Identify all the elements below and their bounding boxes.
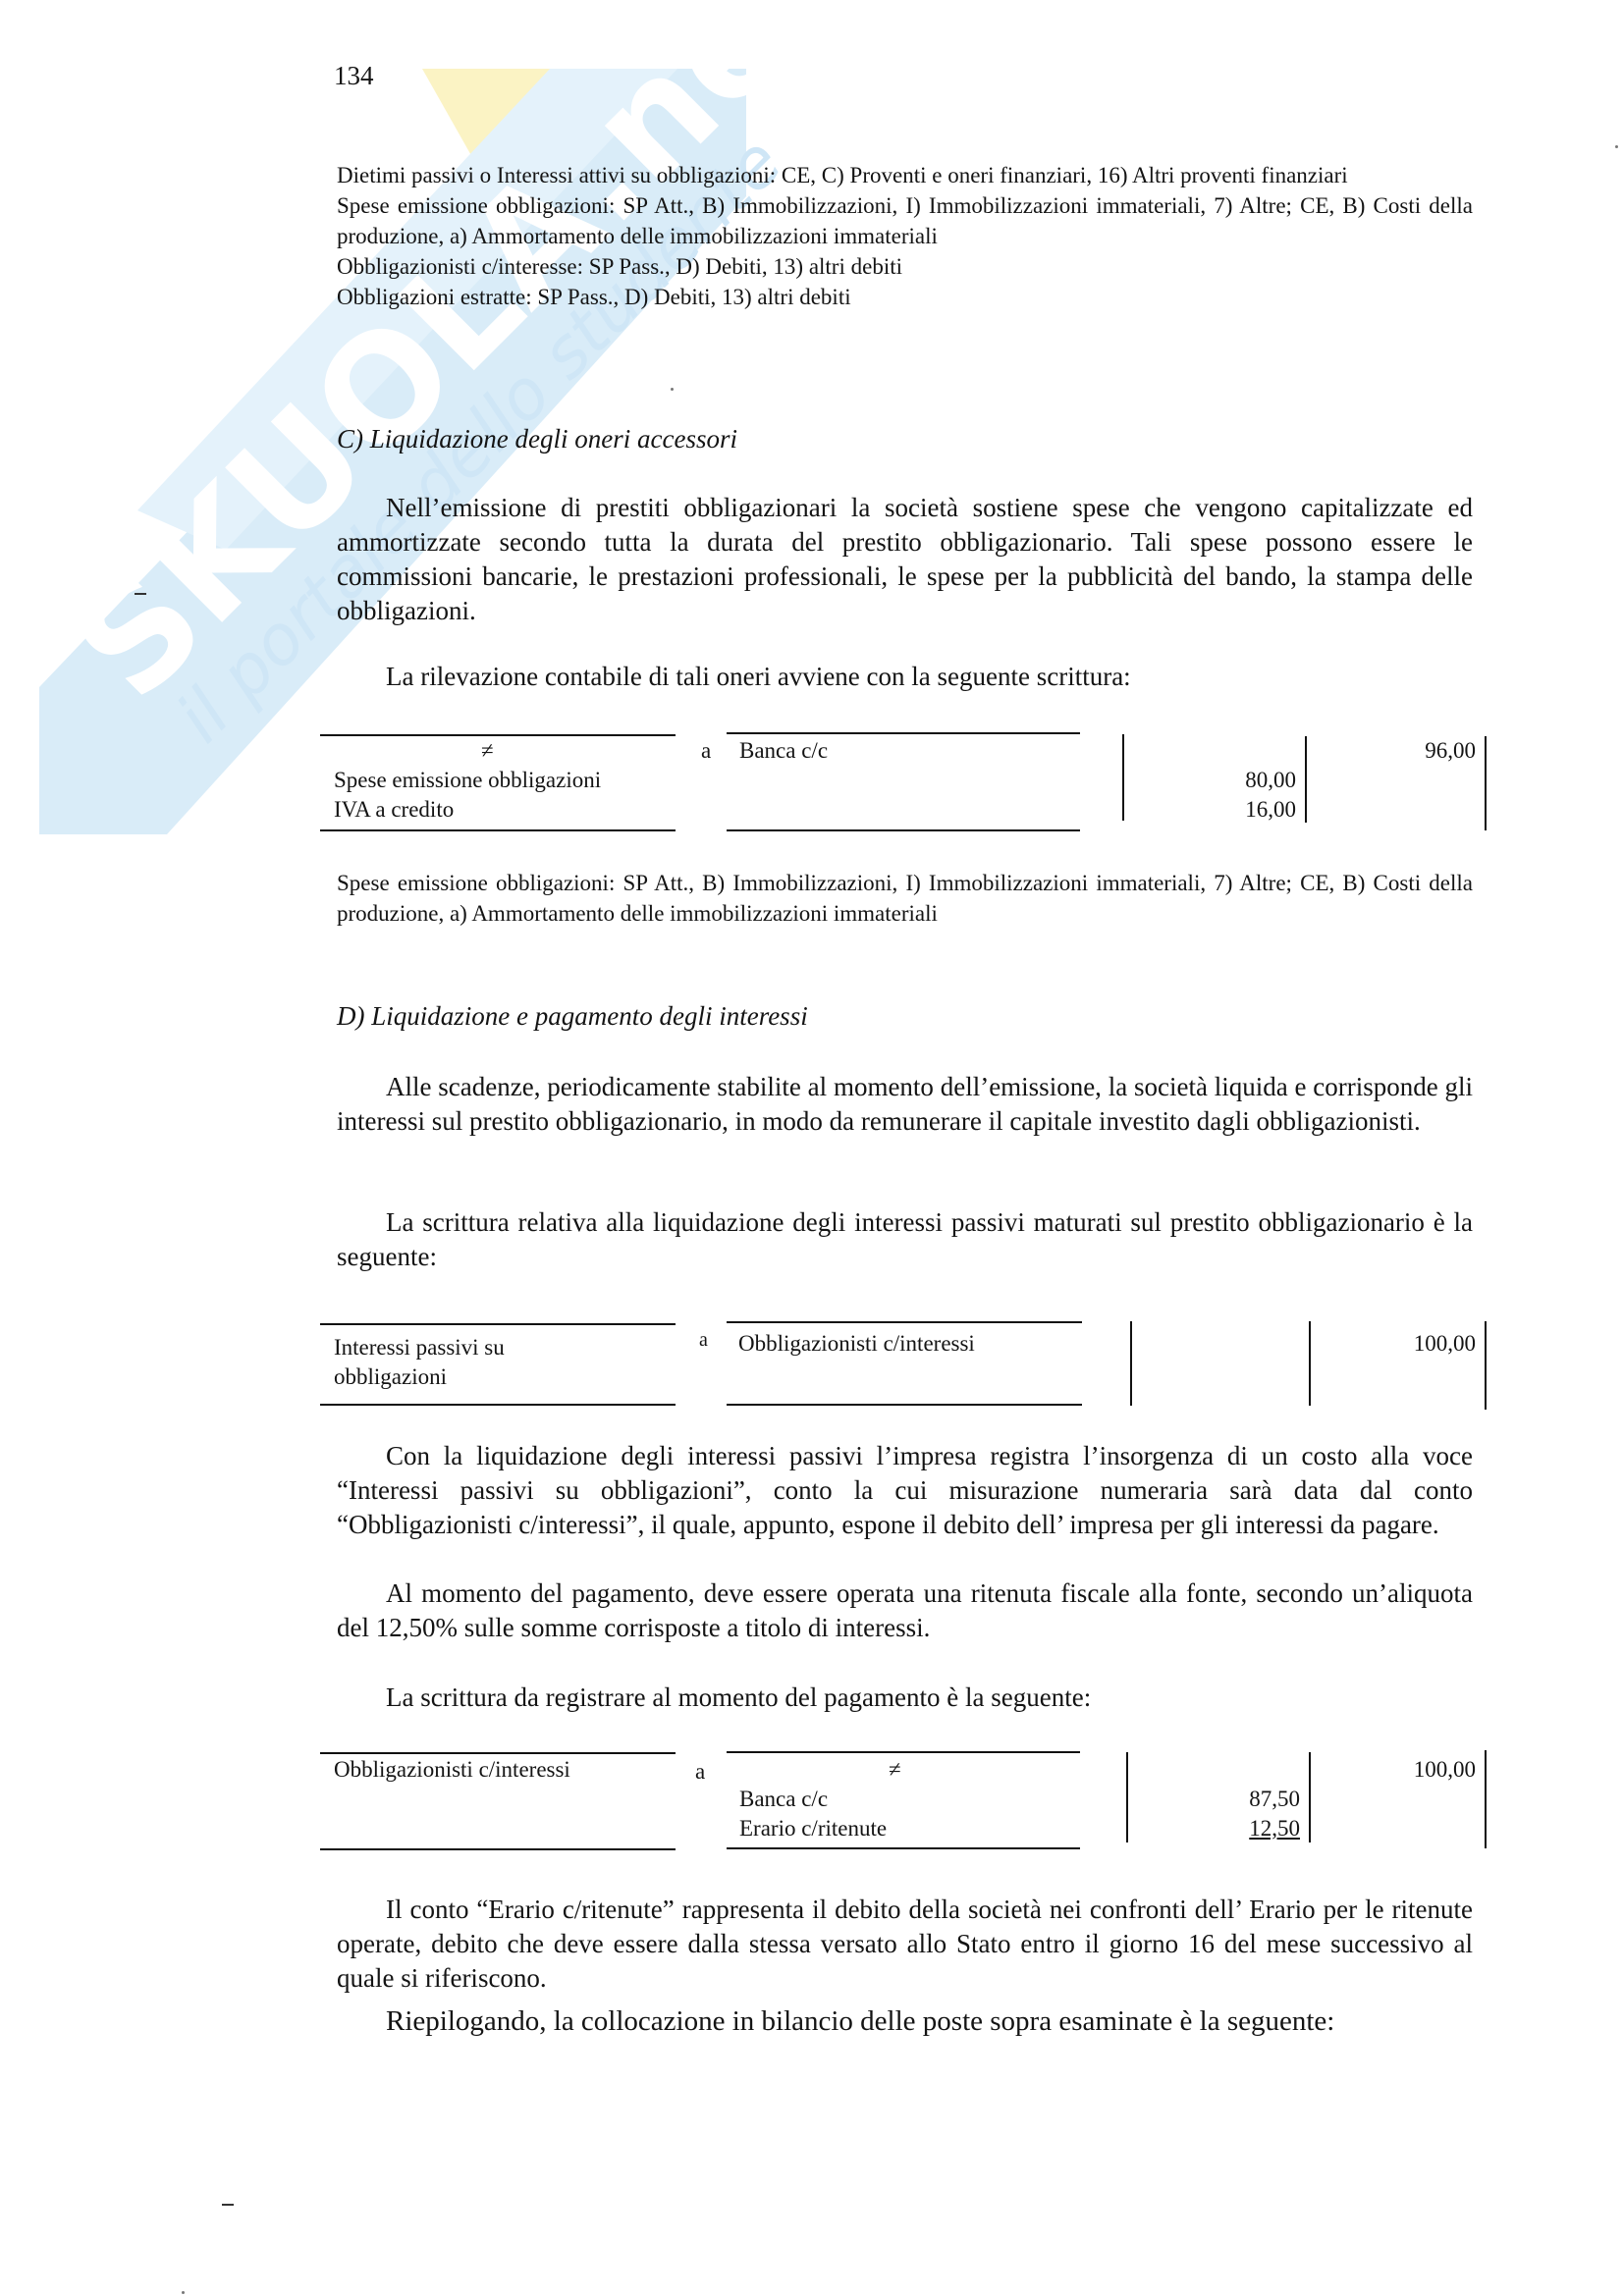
debit-amount-1: 80,00 bbox=[1178, 766, 1296, 795]
section-d-paragraph-3: Con la liquidazione degli interessi pass… bbox=[337, 1439, 1473, 1542]
debit-account-line-1: Interessi passivi su bbox=[334, 1333, 505, 1362]
debit-amount-2: 16,00 bbox=[1178, 795, 1296, 825]
section-d-paragraph-6: Il conto “Erario c/ritenute” rappresenta… bbox=[337, 1893, 1473, 1996]
total-amount: 96,00 bbox=[1355, 736, 1476, 766]
section-d-heading: D) Liquidazione e pagamento degli intere… bbox=[337, 1001, 808, 1032]
credit-amount-1: 87,50 bbox=[1178, 1785, 1300, 1814]
section-c-heading: C) Liquidazione degli oneri accessori bbox=[337, 424, 737, 454]
multiple-accounts-symbol: ≠ bbox=[481, 736, 494, 766]
note-obbligazionisti-interesse: Obbligazionisti c/interesse: SP Pass., D… bbox=[337, 251, 1473, 282]
section-c-note: Spese emissione obbligazioni: SP Att., B… bbox=[337, 868, 1473, 929]
notes-top: Dietimi passivi o Interessi attivi su ob… bbox=[337, 160, 1473, 312]
entry-a: a bbox=[699, 1325, 708, 1355]
multiple-accounts-symbol: ≠ bbox=[889, 1755, 901, 1785]
note-spese-emissione: Spese emissione obbligazioni: SP Att., B… bbox=[337, 190, 1473, 251]
section-c-paragraph-2: La rilevazione contabile di tali oneri a… bbox=[337, 660, 1473, 694]
credit-account: Banca c/c bbox=[739, 736, 828, 766]
section-d-paragraph-2: La scrittura relativa alla liquidazione … bbox=[337, 1205, 1473, 1274]
document-page: 134 Dietimi passivi o Interessi attivi s… bbox=[0, 0, 1623, 2296]
section-d-paragraph-1: Alle scadenze, periodicamente stabilite … bbox=[337, 1070, 1473, 1139]
debit-account: Obbligazionisti c/interessi bbox=[334, 1755, 570, 1785]
entry-a: a bbox=[701, 736, 711, 766]
section-d-paragraph-5: La scrittura da registrare al momento de… bbox=[337, 1681, 1473, 1715]
debit-account-2: IVA a credito bbox=[334, 795, 454, 825]
entry-a: a bbox=[695, 1757, 705, 1787]
credit-account: Obbligazionisti c/interessi bbox=[738, 1329, 975, 1359]
credit-account-1: Banca c/c bbox=[739, 1785, 828, 1814]
page-number: 134 bbox=[334, 61, 374, 91]
debit-account-1: Spese emissione obbligazioni bbox=[334, 766, 601, 795]
credit-account-2: Erario c/ritenute bbox=[739, 1814, 887, 1843]
note-dietimi: Dietimi passivi o Interessi attivi su ob… bbox=[337, 160, 1473, 190]
total-amount: 100,00 bbox=[1355, 1755, 1476, 1785]
credit-amount-2: 12,50 bbox=[1178, 1814, 1300, 1843]
section-c-paragraph-1: Nell’emissione di prestiti obbligazionar… bbox=[337, 491, 1473, 628]
total-amount: 100,00 bbox=[1355, 1329, 1476, 1359]
section-d-paragraph-4: Al momento del pagamento, deve essere op… bbox=[337, 1576, 1473, 1645]
debit-account-line-2: obbligazioni bbox=[334, 1362, 447, 1392]
section-d-paragraph-7: Riepilogando, la collocazione in bilanci… bbox=[337, 2002, 1473, 2040]
note-obbligazioni-estratte: Obbligazioni estratte: SP Pass., D) Debi… bbox=[337, 282, 1473, 312]
